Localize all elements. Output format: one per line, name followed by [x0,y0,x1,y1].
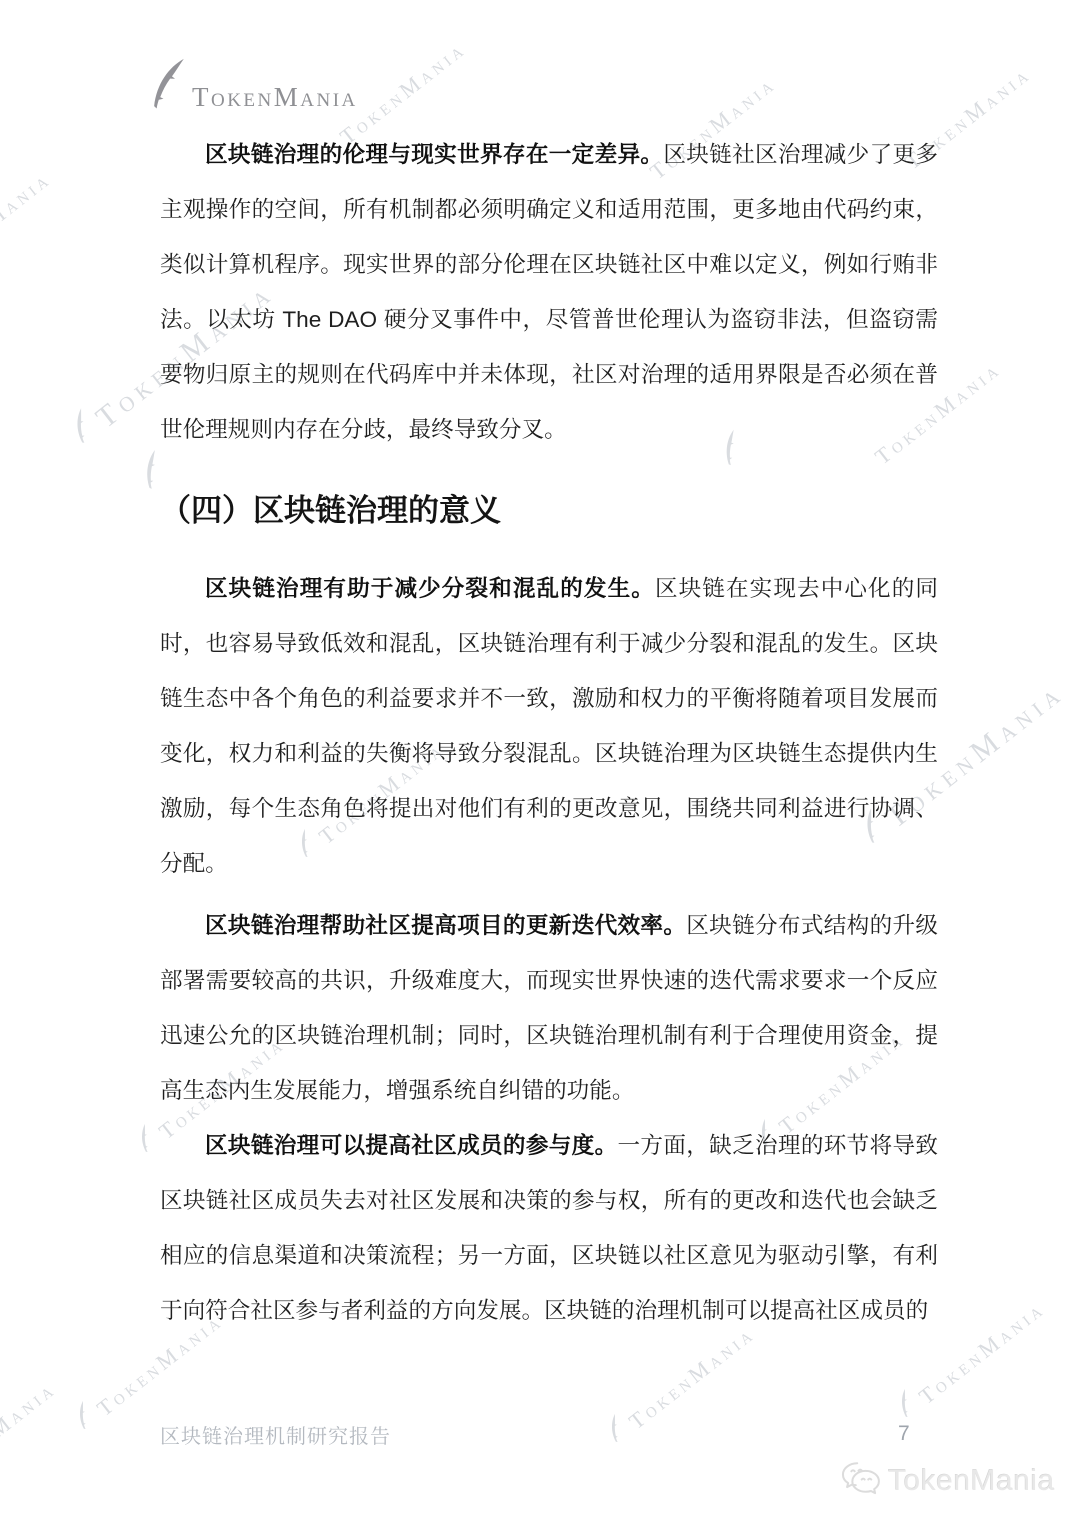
wechat-icon [840,1460,882,1501]
paragraph-text: 区块链社区治理减少了更多主观操作的空间，所有机制都必须明确定义和适用范围，更多地… [160,142,938,442]
feather-icon [70,1400,100,1438]
paragraph-text: 区块链分布式结构的升级部署需要较高的共识，升级难度大，而现实世界快速的迭代需求要… [160,913,938,1103]
watermark: TokenMania [0,166,56,280]
feather-icon [65,407,102,453]
bottom-brand: TokenMania [840,1460,1055,1501]
feather-icon [892,1388,922,1426]
paragraph: 区块链治理有助于减少分裂和混乱的发生。区块链在实现去中心化的同时，也容易导致低效… [160,561,938,891]
brand-wordmark: TokenMania [192,82,358,113]
footer-report-title: 区块链治理机制研究报告 [160,1420,391,1449]
feather-icon [132,1123,162,1161]
watermark-text: TokenMania [0,1376,61,1490]
paragraph: 区块链治理可以提高社区成员的参与度。一方面，缺乏治理的环节将导致区块链社区成员失… [160,1118,938,1338]
feather-icon [149,54,187,118]
watermark: TokenMania [0,1376,61,1490]
paragraph-text: 一方面，缺乏治理的环节将导致区块链社区成员失去对社区发展和决策的参与权，所有的更… [160,1133,938,1323]
bottom-brand-label: TokenMania [888,1464,1055,1498]
feather-icon [602,1413,632,1451]
paragraph: 区块链治理帮助社区提高项目的更新迭代效率。区块链分布式结构的升级部署需要较高的共… [160,898,938,1118]
lead-sentence: 区块链治理有助于减少分裂和混乱的发生。 [205,576,655,601]
document-body: 区块链治理的伦理与现实世界存在一定差异。区块链社区治理减少了更多主观操作的空间，… [160,127,938,1338]
watermark-text: TokenMania [0,166,56,280]
tokenmania-logo: TokenMania [152,56,358,117]
lead-sentence: 区块链治理可以提高社区成员的参与度。 [205,1133,618,1158]
page-number: 7 [898,1422,910,1446]
report-page: TokenMania TokenMania TokenMania TokenMa… [0,0,1080,1527]
lead-sentence: 区块链治理帮助社区提高项目的更新迭代效率。 [205,913,686,938]
section-heading: （四）区块链治理的意义 [160,483,938,539]
paragraph-text: 区块链在实现去中心化的同时，也容易导致低效和混乱，区块链治理有利于减少分裂和混乱… [160,576,938,876]
paragraph: 区块链治理的伦理与现实世界存在一定差异。区块链社区治理减少了更多主观操作的空间，… [160,127,938,457]
lead-sentence: 区块链治理的伦理与现实世界存在一定差异。 [205,142,663,167]
